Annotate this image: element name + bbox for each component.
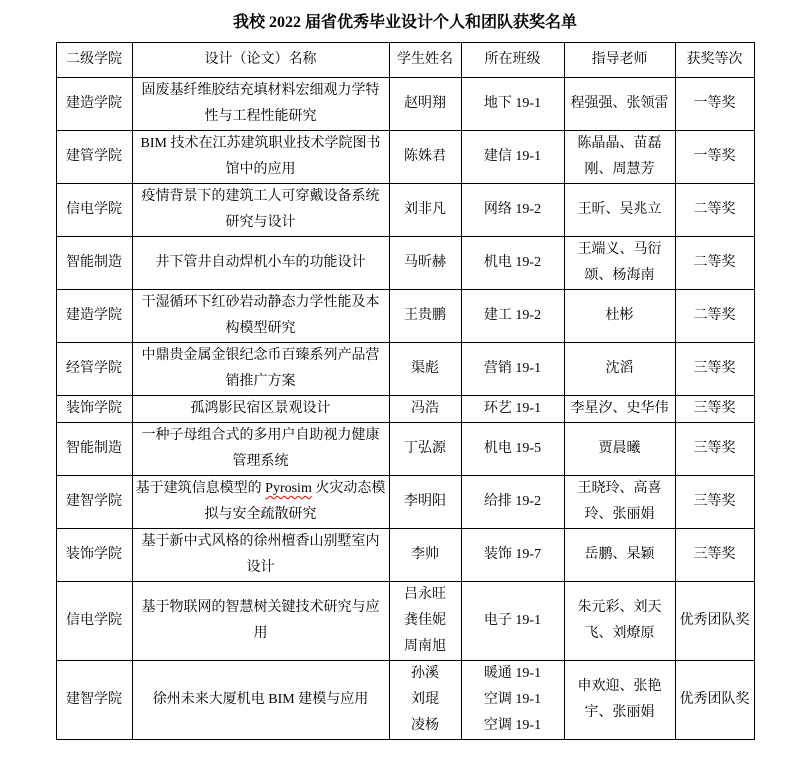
- cell-classes: 电子 19-1: [461, 582, 564, 661]
- table-row: 建智学院徐州未来大厦机电 BIM 建模与应用孙溪刘琨凌杨暖通 19-1空调 19…: [56, 661, 754, 740]
- cell-students: 丁弘源: [389, 423, 461, 476]
- cell-students: 刘非凡: [389, 184, 461, 237]
- cell-award: 三等奖: [675, 343, 754, 396]
- cell-advisors: 朱元彩、刘天飞、刘燎原: [564, 582, 675, 661]
- cell-design: 中鼎贵金属金银纪念币百臻系列产品营销推广方案: [132, 343, 389, 396]
- column-header-college: 二级学院: [56, 43, 132, 78]
- table-row: 装饰学院基于新中式风格的徐州檀香山别墅室内设计李帅装饰 19-7岳鹏、杲颖三等奖: [56, 529, 754, 582]
- cell-college: 智能制造: [56, 237, 132, 290]
- cell-students: 孙溪刘琨凌杨: [389, 661, 461, 740]
- cell-college: 建造学院: [56, 290, 132, 343]
- column-header-award: 获奖等次: [675, 43, 754, 78]
- cell-students: 冯浩: [389, 396, 461, 423]
- table-row: 经管学院中鼎贵金属金银纪念币百臻系列产品营销推广方案渠彪营销 19-1沈滔三等奖: [56, 343, 754, 396]
- table-row: 装饰学院孤鸿影民宿区景观设计冯浩环艺 19-1李星汐、史华伟三等奖: [56, 396, 754, 423]
- cell-advisors: 陈晶晶、苗磊刚、周慧芳: [564, 131, 675, 184]
- cell-advisors: 贾晨曦: [564, 423, 675, 476]
- cell-students: 马昕赫: [389, 237, 461, 290]
- cell-award: 三等奖: [675, 423, 754, 476]
- cell-award: 一等奖: [675, 131, 754, 184]
- cell-design: 徐州未来大厦机电 BIM 建模与应用: [132, 661, 389, 740]
- cell-college: 建造学院: [56, 78, 132, 131]
- cell-design: 固废基纤维胶结充填材料宏细观力学特性与工程性能研究: [132, 78, 389, 131]
- cell-award: 三等奖: [675, 396, 754, 423]
- cell-line: 空调 19-1: [465, 687, 561, 713]
- cell-students: 吕永旺龚佳妮周南旭: [389, 582, 461, 661]
- cell-students: 渠彪: [389, 343, 461, 396]
- cell-award: 优秀团队奖: [675, 582, 754, 661]
- spellcheck-underlined-word: Pyrosim: [265, 481, 312, 496]
- table-row: 建造学院干湿循环下红砂岩动静态力学性能及本构模型研究王贵鹏建工 19-2杜彬二等…: [56, 290, 754, 343]
- cell-classes: 机电 19-2: [461, 237, 564, 290]
- cell-college: 建智学院: [56, 661, 132, 740]
- cell-line: 孙溪: [393, 661, 458, 687]
- document-page: 我校 2022 届省优秀毕业设计个人和团队获奖名单 二级学院设计（论文）名称学生…: [0, 0, 810, 776]
- cell-award: 二等奖: [675, 184, 754, 237]
- table-row: 建智学院基于建筑信息模型的 Pyrosim 火灾动态模拟与安全疏散研究李明阳给排…: [56, 476, 754, 529]
- cell-advisors: 王端义、马衍颂、杨海南: [564, 237, 675, 290]
- table-row: 信电学院疫情背景下的建筑工人可穿戴设备系统研究与设计刘非凡网络 19-2王昕、吴…: [56, 184, 754, 237]
- cell-design: BIM 技术在江苏建筑职业技术学院图书馆中的应用: [132, 131, 389, 184]
- cell-students: 王贵鹏: [389, 290, 461, 343]
- cell-design: 基于物联网的智慧树关键技术研究与应用: [132, 582, 389, 661]
- cell-college: 建管学院: [56, 131, 132, 184]
- cell-college: 装饰学院: [56, 529, 132, 582]
- column-header-design: 设计（论文）名称: [132, 43, 389, 78]
- cell-advisors: 岳鹏、杲颖: [564, 529, 675, 582]
- cell-design: 干湿循环下红砂岩动静态力学性能及本构模型研究: [132, 290, 389, 343]
- cell-design: 孤鸿影民宿区景观设计: [132, 396, 389, 423]
- cell-advisors: 沈滔: [564, 343, 675, 396]
- cell-line: 吕永旺: [393, 582, 458, 608]
- cell-students: 赵明翔: [389, 78, 461, 131]
- table-row: 智能制造井下管井自动焊机小车的功能设计马昕赫机电 19-2王端义、马衍颂、杨海南…: [56, 237, 754, 290]
- cell-design: 基于建筑信息模型的 Pyrosim 火灾动态模拟与安全疏散研究: [132, 476, 389, 529]
- cell-advisors: 申欢迎、张艳宇、张丽娟: [564, 661, 675, 740]
- cell-classes: 装饰 19-7: [461, 529, 564, 582]
- column-header-classes: 所在班级: [461, 43, 564, 78]
- cell-college: 经管学院: [56, 343, 132, 396]
- cell-classes: 暖通 19-1空调 19-1空调 19-1: [461, 661, 564, 740]
- cell-line: 暖通 19-1: [465, 661, 561, 687]
- table-header: 二级学院设计（论文）名称学生姓名所在班级指导老师获奖等次: [56, 43, 754, 78]
- cell-line: 周南旭: [393, 634, 458, 660]
- cell-classes: 建信 19-1: [461, 131, 564, 184]
- cell-advisors: 程强强、张领雷: [564, 78, 675, 131]
- table-row: 智能制造一种子母组合式的多用户自助视力健康管理系统丁弘源机电 19-5贾晨曦三等…: [56, 423, 754, 476]
- cell-line: 刘琨: [393, 687, 458, 713]
- cell-college: 智能制造: [56, 423, 132, 476]
- cell-award: 一等奖: [675, 78, 754, 131]
- cell-classes: 营销 19-1: [461, 343, 564, 396]
- cell-line: 凌杨: [393, 713, 458, 739]
- table-row: 建管学院BIM 技术在江苏建筑职业技术学院图书馆中的应用陈姝君建信 19-1陈晶…: [56, 131, 754, 184]
- table-row: 建造学院固废基纤维胶结充填材料宏细观力学特性与工程性能研究赵明翔地下 19-1程…: [56, 78, 754, 131]
- table-row: 信电学院基于物联网的智慧树关键技术研究与应用吕永旺龚佳妮周南旭电子 19-1朱元…: [56, 582, 754, 661]
- cell-classes: 地下 19-1: [461, 78, 564, 131]
- cell-students: 李明阳: [389, 476, 461, 529]
- cell-advisors: 王昕、吴兆立: [564, 184, 675, 237]
- cell-students: 陈姝君: [389, 131, 461, 184]
- table-body: 建造学院固废基纤维胶结充填材料宏细观力学特性与工程性能研究赵明翔地下 19-1程…: [56, 78, 754, 740]
- cell-design: 疫情背景下的建筑工人可穿戴设备系统研究与设计: [132, 184, 389, 237]
- cell-award: 二等奖: [675, 237, 754, 290]
- cell-classes: 机电 19-5: [461, 423, 564, 476]
- cell-line: 龚佳妮: [393, 608, 458, 634]
- cell-award: 二等奖: [675, 290, 754, 343]
- cell-classes: 网络 19-2: [461, 184, 564, 237]
- cell-design: 井下管井自动焊机小车的功能设计: [132, 237, 389, 290]
- cell-classes: 环艺 19-1: [461, 396, 564, 423]
- cell-line: 空调 19-1: [465, 713, 561, 739]
- cell-classes: 建工 19-2: [461, 290, 564, 343]
- column-header-students: 学生姓名: [389, 43, 461, 78]
- cell-college: 信电学院: [56, 184, 132, 237]
- cell-design: 一种子母组合式的多用户自助视力健康管理系统: [132, 423, 389, 476]
- cell-college: 建智学院: [56, 476, 132, 529]
- cell-award: 三等奖: [675, 529, 754, 582]
- cell-award: 三等奖: [675, 476, 754, 529]
- cell-advisors: 杜彬: [564, 290, 675, 343]
- cell-students: 李帅: [389, 529, 461, 582]
- cell-award: 优秀团队奖: [675, 661, 754, 740]
- awards-table: 二级学院设计（论文）名称学生姓名所在班级指导老师获奖等次 建造学院固废基纤维胶结…: [56, 42, 755, 740]
- cell-college: 信电学院: [56, 582, 132, 661]
- cell-classes: 给排 19-2: [461, 476, 564, 529]
- cell-advisors: 李星汐、史华伟: [564, 396, 675, 423]
- cell-college: 装饰学院: [56, 396, 132, 423]
- page-title: 我校 2022 届省优秀毕业设计个人和团队获奖名单: [0, 13, 810, 33]
- cell-design: 基于新中式风格的徐州檀香山别墅室内设计: [132, 529, 389, 582]
- header-row: 二级学院设计（论文）名称学生姓名所在班级指导老师获奖等次: [56, 43, 754, 78]
- column-header-advisors: 指导老师: [564, 43, 675, 78]
- cell-advisors: 王晓玲、高喜玲、张丽娟: [564, 476, 675, 529]
